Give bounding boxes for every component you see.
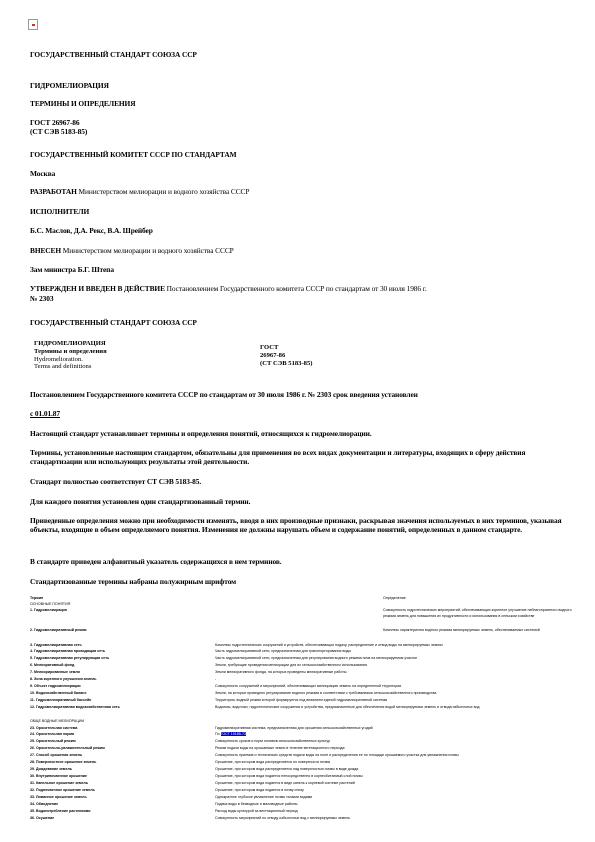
approved-line: УТВЕРЖДЕН И ВВЕДЕН В ДЕЙСТВИЕ Постановле…: [30, 284, 427, 293]
introduced-label: ВНЕСЕН: [30, 246, 61, 255]
paragraph-5: Приведенные определения можно при необхо…: [30, 516, 566, 534]
paragraph-4: Для каждого понятия установлен один стан…: [30, 497, 250, 506]
header-subtitle-ru: Термины и определения: [34, 348, 107, 356]
header-subtitle-en: Terms and definitions: [34, 363, 107, 371]
effective-date: с 01.01.87: [30, 409, 60, 418]
subtitle-heading: ТЕРМИНЫ И ОПРЕДЕЛЕНИЯ: [30, 99, 135, 108]
gost-link[interactable]: ГОСТ 19185-73: [221, 732, 246, 736]
developed-line: РАЗРАБОТАН Министерством мелиорации и во…: [30, 187, 249, 196]
paragraph-6: В стандарте приведен алфавитный указател…: [30, 557, 282, 566]
broken-image-icon: [28, 19, 38, 30]
approved-text: Постановлением Государственного комитета…: [167, 284, 427, 293]
city: Москва: [30, 169, 55, 178]
developed-label: РАЗРАБОТАН: [30, 187, 77, 196]
gost-number: ГОСТ 26967-86: [30, 118, 80, 127]
gost-link-cell: По ГОСТ 19185-73: [215, 732, 575, 738]
standard-header-left: ГИДРОМЕЛИОРАЦИЯ Термины и определения Hy…: [34, 340, 107, 371]
header-subject: ГИДРОМЕЛИОРАЦИЯ: [34, 340, 107, 348]
col-term-header: Термин: [30, 596, 190, 602]
deputy-line: Зам министра Б.Г. Штепа: [30, 265, 114, 274]
subject-heading: ГИДРОМЕЛИОРАЦИЯ: [30, 81, 109, 90]
introduced-line: ВНЕСЕН Министерством мелиорации и водног…: [30, 246, 234, 255]
title-line: ГОСУДАРСТВЕННЫЙ СТАНДАРТ СОЮЗА ССР: [30, 50, 197, 59]
executors-label: ИСПОЛНИТЕЛИ: [30, 207, 89, 216]
header-subject-en: Hydromelioration.: [34, 356, 107, 364]
paragraph-2: Термины, установленные настоящим стандар…: [30, 448, 566, 466]
paragraph-1: Настоящий стандарт устанавливает термины…: [30, 429, 372, 438]
header-gost-number: 26967-86: [260, 352, 312, 360]
paragraph-3: Стандарт полностью соответствует СТ СЭВ …: [30, 477, 201, 486]
approved-number: № 2303: [30, 294, 53, 303]
title-line-2: ГОСУДАРСТВЕННЫЙ СТАНДАРТ СОЮЗА ССР: [30, 318, 197, 327]
header-st-sev: (СТ СЭВ 5183-85): [260, 360, 312, 368]
standard-header-right: ГОСТ 26967-86 (СТ СЭВ 5183-85): [260, 344, 312, 367]
st-sev-number: (СТ СЭВ 5183-85): [30, 127, 87, 136]
col-def-header: Определение: [383, 596, 583, 602]
decree-text: Постановлением Государственного комитета…: [30, 390, 418, 399]
header-gost: ГОСТ: [260, 344, 312, 352]
executors: Б.С. Маслов, Д.А. Рекс, В.А. Шрейбер: [30, 226, 153, 235]
introduced-text: Министерством мелиорации и водного хозяй…: [63, 246, 234, 255]
paragraph-7: Стандартизованные термины набраны полужи…: [30, 577, 236, 586]
committee-line: ГОСУДАРСТВЕННЫЙ КОМИТЕТ СССР ПО СТАНДАРТ…: [30, 150, 236, 159]
approved-label: УТВЕРЖДЕН И ВВЕДЕН В ДЕЙСТВИЕ: [30, 284, 165, 293]
developed-text: Министерством мелиорации и водного хозяй…: [79, 187, 250, 196]
